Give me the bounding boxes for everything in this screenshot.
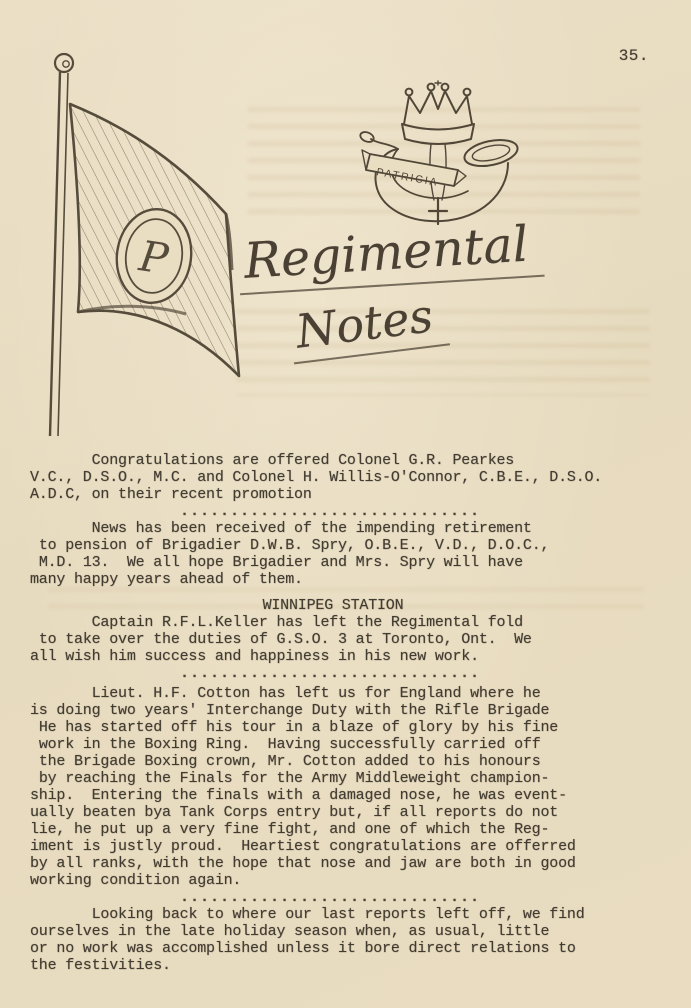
paragraph-looking-back: Looking back to where our last reports l… [30, 906, 664, 974]
masthead-title-regimental: Regimental [236, 215, 544, 295]
dotted-separator: .............................. [30, 665, 664, 682]
paragraph-promotions: Congratulations are offered Colonel G.R.… [30, 452, 664, 503]
body-text-column: Congratulations are offered Colonel G.R.… [30, 452, 664, 974]
paragraph-spry-retirement: News has been received of the impending … [30, 520, 664, 588]
winnipeg-station-heading: WINNIPEG STATION [30, 597, 664, 614]
scanned-document-page: 35. [0, 0, 691, 1008]
flag-icon: P [30, 46, 245, 444]
page-number: 35. [619, 48, 649, 65]
camp-flag-illustration: P [30, 46, 245, 449]
paragraph-cotton-boxing: Lieut. H.F. Cotton has left us for Engla… [30, 685, 664, 889]
masthead-word-regimental: Regimental [236, 215, 544, 295]
dotted-separator: .............................. [30, 889, 664, 906]
paragraph-keller: Captain R.F.L.Keller has left the Regime… [30, 614, 664, 665]
crown-bugle-icon: PATRICIA [338, 80, 538, 235]
dotted-separator: .............................. [30, 503, 664, 520]
